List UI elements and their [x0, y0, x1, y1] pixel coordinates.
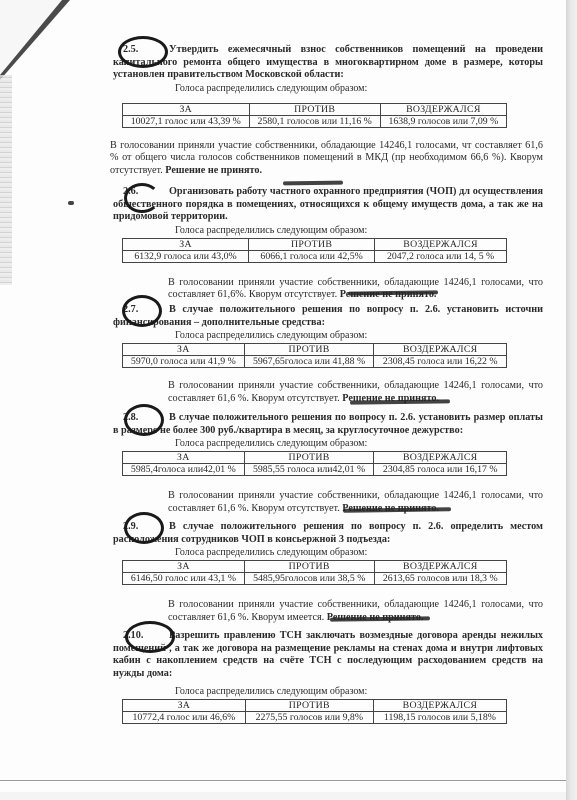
votes-against: 2275,55 голосов или 9,8% [245, 712, 373, 724]
handwritten-arc [124, 183, 160, 213]
col-for: ЗА [123, 700, 246, 712]
col-abstain: ВОЗДЕРЖАЛСЯ [373, 700, 506, 712]
votes-label: Голоса распределились следующим образом: [175, 547, 543, 559]
votes-table: ЗАПРОТИВВОЗДЕРЖАЛСЯ 5970,0 голоса или 41… [122, 343, 507, 368]
section-heading: 2.5.Утвердить ежемесячный взнос собствен… [113, 44, 543, 82]
votes-table: ЗАПРОТИВВОЗДЕРЖАЛСЯ 6132,9 голоса или 43… [122, 238, 507, 263]
col-against: ПРОТИВ [244, 344, 374, 356]
col-abstain: ВОЗДЕРЖАЛСЯ [380, 103, 506, 115]
votes-table: ЗАПРОТИВВОЗДЕРЖАЛСЯ 10772,4 голос или 46… [122, 699, 507, 724]
votes-label: Голоса распределились следующим образом: [175, 225, 543, 237]
col-abstain: ВОЗДЕРЖАЛСЯ [374, 452, 507, 464]
votes-abstain: 2047,2 голоса или 14, 5 % [375, 250, 507, 262]
col-against: ПРОТИВ [244, 452, 374, 464]
section-heading: 2.7.В случае положительного решения по в… [113, 304, 543, 329]
col-against: ПРОТИВ [249, 238, 375, 250]
section-2-8: 2.8.В случае положительного решения по в… [113, 412, 543, 515]
col-abstain: ВОЗДЕРЖАЛСЯ [374, 344, 507, 356]
col-for: ЗА [123, 452, 245, 464]
section-title: В случае положительного решения по вопро… [113, 304, 543, 328]
handwritten-circle [122, 295, 162, 327]
section-heading: 2.10.Разрешить правлению ТСН заключать в… [113, 630, 543, 680]
col-abstain: ВОЗДЕРЖАЛСЯ [375, 238, 507, 250]
votes-for: 6146,50 голос или 43,1 % [123, 573, 245, 585]
votes-abstain: 2613,65 голосов или 18,3 % [374, 573, 506, 585]
handwritten-circle [124, 512, 164, 544]
section-title: Организовать работу частного охранного п… [113, 186, 543, 222]
votes-against: 5967,65голоса или 41,88 % [244, 356, 374, 368]
votes-against: 5985,55 голоса или42,01 % [244, 464, 374, 476]
votes-label: Голоса распределились следующим образом: [175, 330, 543, 342]
result-paragraph: В голосовании приняли участие собственни… [168, 277, 543, 302]
votes-against: 5485,95голосов или 38,5 % [244, 573, 374, 585]
handwritten-underline [283, 181, 343, 186]
votes-for: 5970,0 голоса или 41,9 % [123, 356, 245, 368]
col-abstain: ВОЗДЕРЖАЛСЯ [374, 561, 506, 573]
section-heading: 2.6.Организовать работу частного охранно… [113, 186, 543, 224]
handwritten-circle [125, 621, 175, 653]
section-2-5: 2.5.Утвердить ежемесячный взнос собствен… [113, 44, 543, 178]
section-title: В случае положительного решения по вопро… [113, 521, 543, 545]
votes-label: Голоса распределились следующим образом: [175, 438, 543, 450]
votes-abstain: 1638,9 голосов или 7,09 % [380, 115, 506, 127]
votes-abstain: 1198,15 голосов или 5,18% [373, 712, 506, 724]
col-against: ПРОТИВ [244, 561, 374, 573]
section-heading: 2.9.В случае положительного решения по в… [113, 521, 543, 546]
col-against: ПРОТИВ [245, 700, 373, 712]
section-title: Разрешить правлению ТСН заключать возмез… [113, 630, 543, 679]
votes-against: 6066,1 голоса или 42,5% [249, 250, 375, 262]
col-for: ЗА [123, 344, 245, 356]
page-bottom-edge [0, 780, 566, 781]
col-for: ЗА [123, 103, 250, 115]
section-heading: 2.8.В случае положительного решения по в… [113, 412, 543, 437]
handwritten-circle [124, 404, 164, 436]
votes-for: 5985,4голоса или42,01 % [123, 464, 245, 476]
section-title: Утвердить ежемесячный взнос собственнико… [113, 44, 543, 80]
decision-text: Решение не принято. [165, 165, 262, 176]
ink-speck [68, 201, 74, 205]
handwritten-circle [118, 36, 168, 68]
scan-right-edge [566, 0, 577, 800]
votes-table: ЗАПРОТИВВОЗДЕРЖАЛСЯ 5985,4голоса или42,0… [122, 451, 507, 476]
votes-for: 10772,4 голос или 46,6% [123, 712, 246, 724]
col-for: ЗА [123, 238, 249, 250]
section-2-7: 2.7.В случае положительного решения по в… [113, 304, 543, 405]
section-title: В случае положительного решения по вопро… [113, 412, 543, 436]
votes-label: Голоса распределились следующим образом: [175, 686, 543, 698]
col-for: ЗА [123, 561, 245, 573]
votes-abstain: 2308,45 голоса или 16,22 % [374, 356, 507, 368]
result-paragraph: В голосовании приняли участие собственни… [110, 140, 543, 178]
section-2-10: 2.10.Разрешить правлению ТСН заключать в… [113, 630, 543, 724]
votes-against: 2580,1 голосов или 11,16 % [249, 115, 380, 127]
votes-for: 10027,1 голос или 43,39 % [123, 115, 250, 127]
col-against: ПРОТИВ [249, 103, 380, 115]
votes-table: ЗАПРОТИВВОЗДЕРЖАЛСЯ 6146,50 голос или 43… [122, 560, 507, 585]
section-2-9: 2.9.В случае положительного решения по в… [113, 521, 543, 624]
folded-corner-paper [0, 0, 62, 75]
votes-label: Голоса распределились следующим образом: [175, 83, 543, 95]
votes-abstain: 2304,85 голоса или 16,17 % [374, 464, 507, 476]
scanned-page: 2.5.Утвердить ежемесячный взнос собствен… [0, 0, 566, 792]
votes-for: 6132,9 голоса или 43,0% [123, 250, 249, 262]
votes-table: ЗАПРОТИВВОЗДЕРЖАЛСЯ 10027,1 голос или 43… [122, 103, 507, 128]
section-2-6: 2.6.Организовать работу частного охранно… [113, 186, 543, 302]
scan-edge-artifact [0, 75, 12, 285]
